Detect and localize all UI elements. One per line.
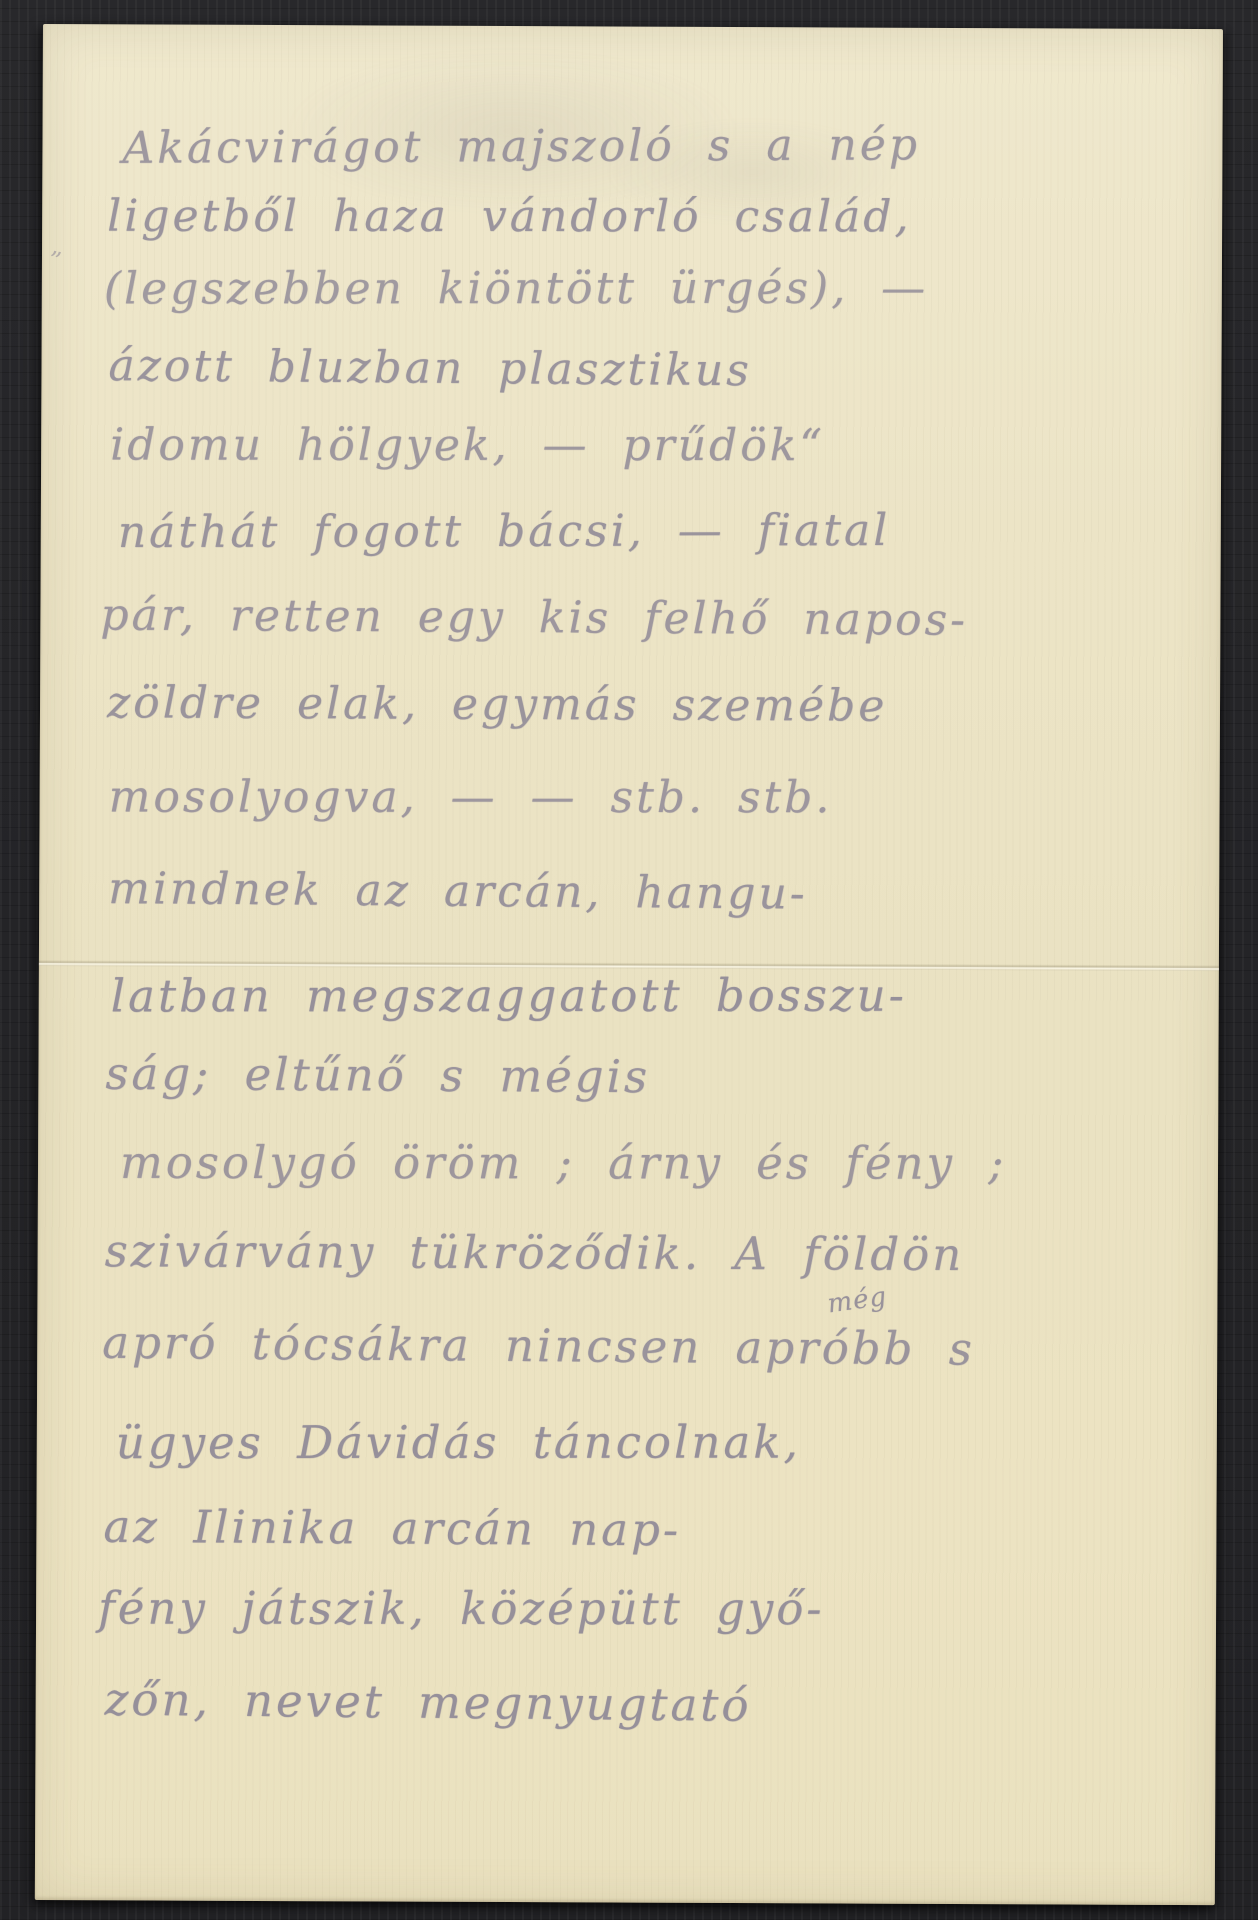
handwriting-line: zöldre elak, egymás szemébe bbox=[107, 677, 888, 731]
handwriting-line: ázott bluzban plasztikus bbox=[108, 340, 752, 396]
handwriting-line: fény játszik, középütt győ- bbox=[98, 1582, 824, 1636]
handwriting-line: az Ilinika arcán nap- bbox=[103, 1500, 681, 1557]
handwriting-line: náthát fogott bácsi, — fiatal bbox=[118, 505, 891, 558]
handwriting-line: zőn, nevet megnyugtató bbox=[104, 1673, 751, 1732]
handwriting-line: idomu hölgyek, — prűdök“ bbox=[110, 420, 825, 472]
handwriting-line: pár, retten egy kis felhő napos- bbox=[100, 589, 968, 645]
handwriting-line: ügyes Dávidás táncolnak, bbox=[116, 1416, 801, 1470]
handwriting-line: mosolygó öröm ; árny és fény ; bbox=[120, 1136, 1006, 1190]
handwriting-lines: Akácvirágot majszoló s a népligetből haz… bbox=[43, 24, 1223, 29]
margin-mark: „ bbox=[49, 231, 67, 261]
handwriting-line: mindnek az arcán, hangu- bbox=[108, 863, 808, 919]
handwriting-line: latban megszaggatott bosszu- bbox=[111, 969, 907, 1023]
handwriting-line: Akácvirágot majszoló s a nép bbox=[122, 119, 920, 173]
handwriting-line: apró tócsákra nincsen apróbb s bbox=[102, 1316, 975, 1376]
photo-background: „ Akácvirágot majszoló s a népligetből h… bbox=[0, 0, 1258, 1920]
handwriting-line: mosolyogva, — — stb. stb. bbox=[109, 772, 833, 824]
handwriting-line: ság; eltűnő s mégis bbox=[105, 1047, 650, 1103]
manuscript-page: „ Akácvirágot majszoló s a népligetből h… bbox=[35, 24, 1223, 1905]
handwriting-line: (legszebben kiöntött ürgés), — bbox=[104, 263, 928, 315]
interlinear-insertion: még bbox=[826, 1282, 889, 1320]
handwriting-line: szivárvány tükröződik. A földön bbox=[105, 1224, 965, 1281]
handwriting-line: ligetből haza vándorló család, bbox=[107, 191, 911, 243]
